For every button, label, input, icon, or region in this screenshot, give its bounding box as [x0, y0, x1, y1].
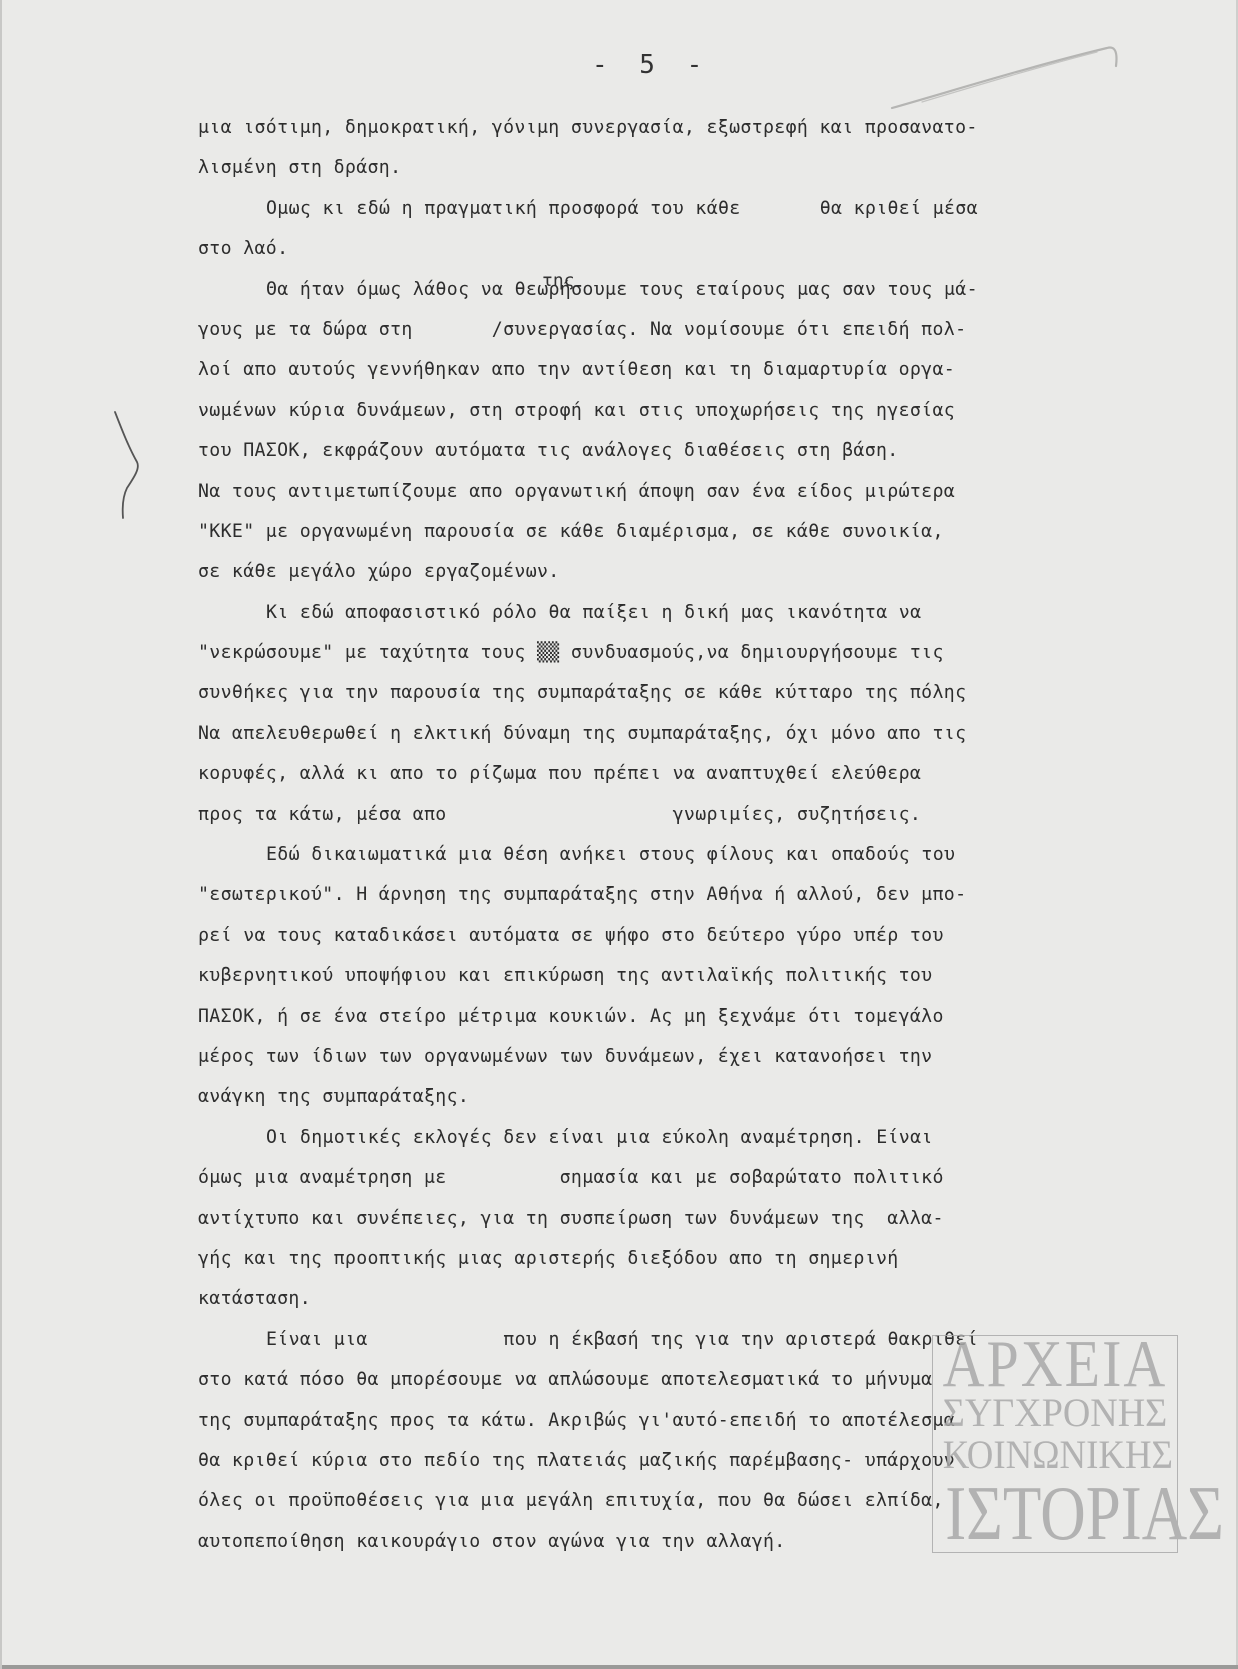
text-line: κορυφές, αλλά κι απο το ρίζωμα που πρέπε…: [198, 754, 1228, 794]
stamp-line-social: ΚΟΙΝΩΝΙΚΗΣ: [943, 1434, 1167, 1476]
text-line: ΠΑΣΟΚ, ή σε ένα στείρο μέτριμα κουκιών. …: [198, 997, 1228, 1037]
text-line: Να τους αντιμετωπίζουμε απο οργανωτική ά…: [198, 472, 1228, 512]
text-line: ρεί να τους καταδικάσει αυτόματα σε ψήφο…: [198, 916, 1228, 956]
text-line: λισμένη στη δράση.: [198, 148, 1228, 188]
stamp-line-archives: ΑΡΧΕΙΑ: [933, 1332, 1177, 1396]
text-line: νωμένων κύρια δυνάμεων, στη στροφή και σ…: [198, 391, 1228, 431]
text-line: "εσωτερικού". Η άρνηση της συμπαράταξης …: [198, 875, 1228, 915]
text-line: λοί απο αυτούς γεννήθηκαν απο την αντίθε…: [198, 350, 1228, 390]
scanned-document-page: - 5 - της μια ισότιμη, δημοκρατική, γόνι…: [0, 0, 1238, 1669]
text-line: κατάσταση.: [198, 1279, 1228, 1319]
text-line: του ΠΑΣΟΚ, εκφράζουν αυτόματα τις ανάλογ…: [198, 431, 1228, 471]
archive-stamp: ΑΡΧΕΙΑ ΣΥΓΧΡΟΝΗΣ ΚΟΙΝΩΝΙΚΗΣ ΙΣΤΟΡΙΑΣ: [932, 1335, 1178, 1553]
text-line: "νεκρώσουμε" με ταχύτητα τους ▒▒ συνδυασ…: [198, 633, 1228, 673]
text-line: γους με τα δώρα στη /συνεργασίας. Να νομ…: [198, 310, 1228, 350]
text-line: στο λαό.: [198, 229, 1228, 269]
text-line: γής και της προοπτικής μιας αριστερής δι…: [198, 1239, 1228, 1279]
page-number: - 5 -: [592, 50, 710, 80]
text-line: σε κάθε μεγάλο χώρο εργαζομένων.: [198, 552, 1228, 592]
stamp-line-contemporary: ΣΥΓΧΡΟΝΗΣ: [939, 1392, 1171, 1434]
pencil-stroke-icon: [882, 36, 1142, 116]
text-line: Οι δημοτικές εκλογές δεν είναι μια εύκολ…: [198, 1118, 1228, 1158]
text-line: όμως μια αναμέτρηση με σημασία και με σο…: [198, 1158, 1228, 1198]
text-line: προς τα κάτω, μέσα απο γνωριμίες, συζητή…: [198, 795, 1228, 835]
text-line: μια ισότιμη, δημοκρατική, γόνιμη συνεργα…: [198, 108, 1228, 148]
text-line: Ομως κι εδώ η πραγματική προσφορά του κά…: [198, 189, 1228, 229]
text-line: αντίχτυπο και συνέπειες, για τη συσπείρω…: [198, 1199, 1228, 1239]
text-line: κυβερνητικού υποψήφιου και επικύρωση της…: [198, 956, 1228, 996]
text-line: Θα ήταν όμως λάθος να θεωρήσουμε τους ετ…: [198, 270, 1228, 310]
text-line: Κι εδώ αποφασιστικό ρόλο θα παίξει η δικ…: [198, 593, 1228, 633]
handwritten-bracket-icon: [107, 410, 147, 520]
text-line: ανάγκη της συμπαράταξης.: [198, 1077, 1228, 1117]
text-line: "ΚΚΕ" με οργανωμένη παρουσία σε κάθε δια…: [198, 512, 1228, 552]
text-line: μέρος των ίδιων των οργανωμένων των δυνά…: [198, 1037, 1228, 1077]
text-line: συνθήκες για την παρουσία της συμπαράταξ…: [198, 673, 1228, 713]
page-bottom-edge: [2, 1665, 1238, 1669]
stamp-line-history: ΙΣΤΟΡΙΑΣ: [945, 1472, 1165, 1558]
text-line: Να απελευθερωθεί η ελκτική δύναμη της συ…: [198, 714, 1228, 754]
text-line: Εδώ δικαιωματικά μια θέση ανήκει στους φ…: [198, 835, 1228, 875]
